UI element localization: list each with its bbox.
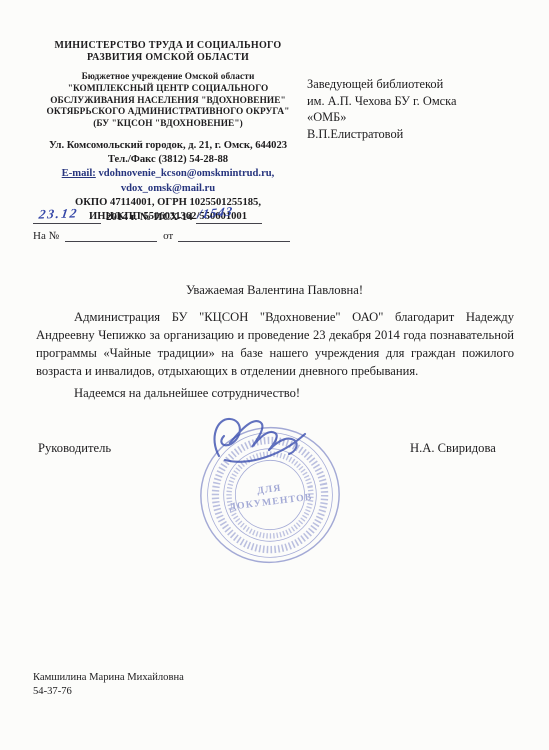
org-line-1: Бюджетное учреждение Омской области (31, 72, 305, 84)
scanned-letter-page: МИНИСТЕРСТВО ТРУДА И СОЦИАЛЬНОГО РАЗВИТИ… (0, 0, 549, 750)
stamp-center-text-line1: ДЛЯ (256, 483, 282, 497)
date-number-row: 23.12 2014 г. № ИСХ-14 /1543 (33, 210, 333, 224)
recipient-line-4: В.П.Елистратовой (307, 126, 532, 143)
executor-name: Камшилина Марина Михайловна (33, 671, 184, 685)
ot-label: от (163, 230, 173, 242)
postal-address: Ул. Комсомольский городок, д. 21, г. Омс… (31, 139, 305, 153)
signer-name: Н.А. Свиридова (410, 441, 496, 456)
org-line-5: (БУ "КЦСОН "ВДОХНОВЕНИЕ") (31, 119, 305, 131)
letterhead: МИНИСТЕРСТВО ТРУДА И СОЦИАЛЬНОГО РАЗВИТИ… (31, 40, 305, 224)
ministry-line-1: МИНИСТЕРСТВО ТРУДА И СОЦИАЛЬНОГО (31, 40, 305, 52)
executor-block: Камшилина Марина Михайловна 54-37-76 (33, 671, 184, 699)
ot-blank-line (178, 228, 290, 242)
executor-phone: 54-37-76 (33, 685, 184, 699)
handwritten-signature (203, 410, 311, 472)
org-line-2: "КОМПЛЕКСНЫЙ ЦЕНТР СОЦИАЛЬНОГО (31, 84, 305, 96)
na-number-label: На № (33, 230, 59, 242)
org-line-3: ОБСЛУЖИВАНИЯ НАСЕЛЕНИЯ "ВДОХНОВЕНИЕ" (31, 96, 305, 108)
recipient-line-2: им. А.П. Чехова БУ г. Омска (307, 93, 532, 110)
email-address-1: vdohnovenie_kcson@omskmintrud.ru, (98, 168, 274, 179)
ministry-name: МИНИСТЕРСТВО ТРУДА И СОЦИАЛЬНОГО РАЗВИТИ… (31, 40, 305, 63)
reply-reference-row: На № от (33, 228, 333, 242)
na-blank-line (65, 228, 157, 242)
phone-fax: Тел./Факс (3812) 54-28-88 (31, 153, 305, 167)
recipient-line-3: «ОМБ» (307, 109, 532, 126)
number-blank-line: /1543 (196, 210, 262, 224)
body-paragraph-1: Администрация БУ "КЦСОН "Вдохновение" ОА… (36, 308, 514, 380)
recipient-block: Заведующей библиотекой им. А.П. Чехова Б… (307, 76, 532, 142)
date-blank-line: 23.12 (33, 210, 101, 224)
outgoing-number-prefix: 2014 г. № ИСХ-14 (101, 211, 196, 224)
handwritten-number: /1543 (196, 204, 234, 223)
email-address-2: vdox_omsk@mail.ru (121, 183, 215, 194)
org-line-4: ОКТЯБРЬСКОГО АДМИНИСТРАТИВНОГО ОКРУГА" (31, 107, 305, 119)
recipient-line-1: Заведующей библиотекой (307, 76, 532, 93)
organization-name: Бюджетное учреждение Омской области "КОМ… (31, 72, 305, 131)
body-paragraph-2: Надеемся на дальнейшее сотрудничество! (36, 386, 514, 401)
email-line-2: vdox_omsk@mail.ru (31, 182, 305, 196)
reference-block: 23.12 2014 г. № ИСХ-14 /1543 На № от (33, 210, 333, 242)
ministry-line-2: РАЗВИТИЯ ОМСКОЙ ОБЛАСТИ (31, 52, 305, 64)
handwritten-date: 23.12 (38, 205, 80, 222)
salutation: Уважаемая Валентина Павловна! (0, 283, 549, 298)
signer-position: Руководитель (38, 441, 111, 456)
email-label: E-mail: (62, 168, 96, 179)
email-line-1: E-mail: vdohnovenie_kcson@omskmintrud.ru… (31, 167, 305, 181)
